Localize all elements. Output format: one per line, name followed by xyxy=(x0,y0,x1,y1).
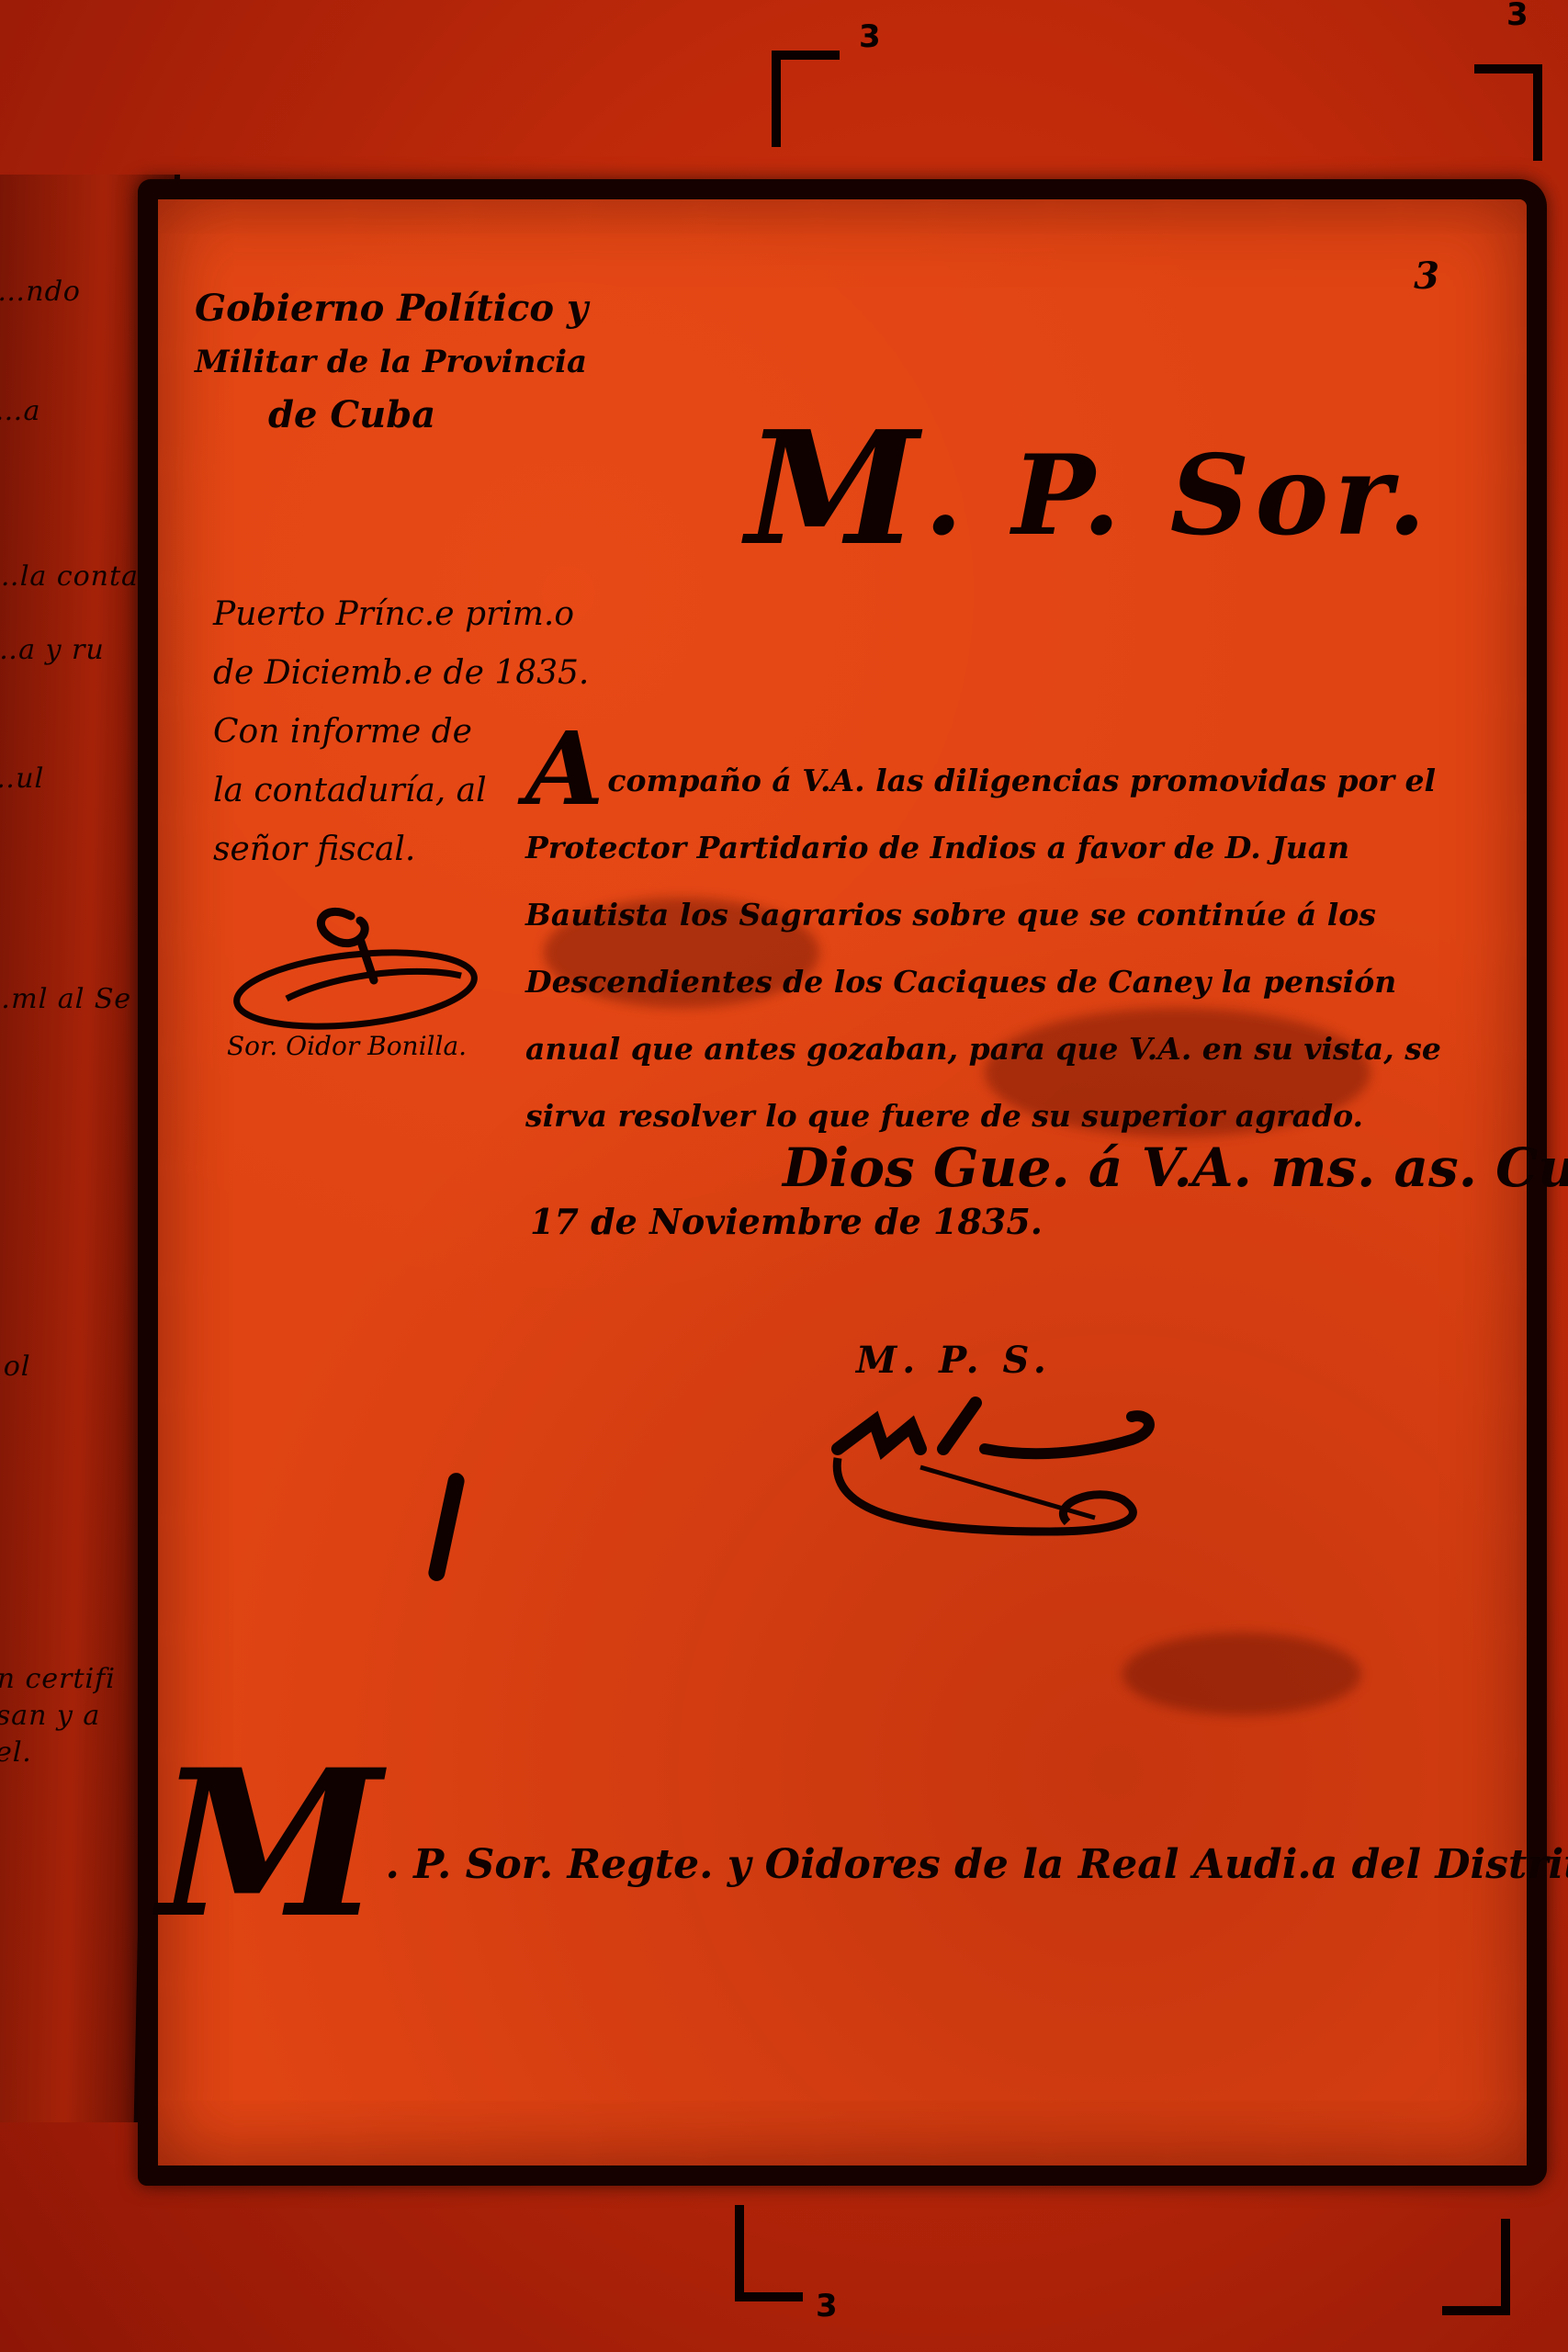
heading-line: Militar de la Provincia xyxy=(195,335,588,389)
margin-signer-name: Sor. Oidor Bonilla. xyxy=(227,1031,467,1061)
fragment-line: …el. xyxy=(0,1736,32,1769)
crop-mark-label: 3 xyxy=(816,2288,838,2324)
fragment-line: …ml al Se xyxy=(0,983,131,1015)
closing-formula: Dios Gue. á V.A. ms. as. Cuba xyxy=(783,1136,1568,1199)
heading-line: de Cuba xyxy=(195,389,588,442)
fragment-line: …n certifi xyxy=(0,1663,116,1695)
crop-mark-top-right xyxy=(1474,64,1542,161)
fragment-line: …a xyxy=(0,395,41,427)
addressee-initial: M xyxy=(158,1724,386,1962)
stray-ink-mark xyxy=(427,1471,467,1582)
fragment-line: …a y ru xyxy=(0,634,105,666)
salutation: M. P. Sor. xyxy=(746,388,1431,571)
salutation-rest: . P. Sor. xyxy=(924,431,1431,560)
crop-mark-bottom-right xyxy=(1442,2219,1510,2315)
addressee-rest: . P. Sor. Regte. y Oidores de la Real Au… xyxy=(386,1841,1568,1888)
letter-body-text: compaño á V.A. las diligencias promovida… xyxy=(525,763,1441,1134)
crop-mark-label: 3 xyxy=(1506,0,1529,33)
fragment-line: …ndo xyxy=(0,276,81,308)
closing-abbreviation: M. P. S. xyxy=(856,1339,1052,1382)
drop-cap: A xyxy=(525,709,604,828)
addressee-line: M. P. Sor. Regte. y Oidores de la Real A… xyxy=(158,1697,1568,1935)
main-signature-rubric xyxy=(819,1394,1187,1550)
heading-line: Gobierno Político y xyxy=(195,282,588,335)
fragment-line: …ul xyxy=(0,763,45,795)
fragment-line: …la conta xyxy=(0,560,139,593)
crop-mark-top-left xyxy=(772,51,840,147)
salutation-initial: M xyxy=(746,397,924,581)
crop-mark-bottom-left xyxy=(735,2205,803,2301)
margin-signature-rubric xyxy=(222,898,489,1035)
fragment-line: …san y a xyxy=(0,1700,101,1732)
margin-note-line: de Diciemb.e de 1835. xyxy=(213,644,589,703)
government-heading: Gobierno Político y Militar de la Provin… xyxy=(195,282,588,442)
closing-date: 17 de Noviembre de 1835. xyxy=(530,1201,1043,1242)
margin-note-line: Puerto Prínc.e prim.o xyxy=(213,585,589,644)
manuscript-page: 3 Gobierno Político y Militar de la Prov… xyxy=(138,179,1547,2186)
fragment-line: …ol xyxy=(0,1351,31,1383)
page-number: 3 xyxy=(1414,254,1439,298)
letter-body: Acompaño á V.A. las diligencias promovid… xyxy=(525,741,1499,1149)
crop-mark-label: 3 xyxy=(859,18,881,55)
